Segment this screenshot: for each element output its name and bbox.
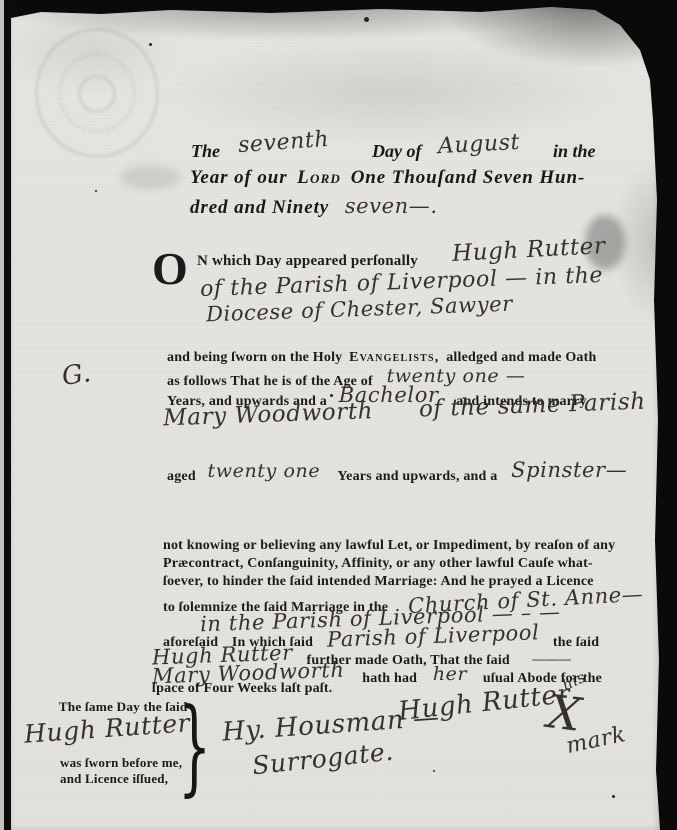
bride-condition-text: Spinster— <box>511 458 627 482</box>
embossed-seal <box>35 28 159 158</box>
hath-had-text: hath had <box>362 671 417 686</box>
margin-note-text: G. <box>60 358 93 392</box>
bride-age-text: twenty one <box>208 460 321 482</box>
attestation-brace: } <box>178 694 211 798</box>
prayed-licence-text: ſoever, to hinder the ſaid intended Marr… <box>163 574 594 589</box>
praecontract-text: Præcontract, Conſanguinity, Affinity, or… <box>163 556 593 571</box>
year-word-text: seven—. <box>345 194 438 218</box>
attestation-line2: was ſworn before me, <box>60 755 182 771</box>
ink-speck <box>433 770 435 772</box>
in-the-text: in the <box>553 141 596 161</box>
sworn-holy-text: and being ſworn on the Holy <box>167 350 342 365</box>
lord-text: Lord <box>297 167 341 188</box>
day-of-text: Day of <box>372 141 421 161</box>
margin-clerk-mark: G. <box>60 358 93 392</box>
header-line3: dred and Ninety seven—. <box>190 194 438 219</box>
oath-line1: and being ſworn on the Holy Evangelists,… <box>167 350 596 366</box>
ink-speck <box>95 190 97 192</box>
dropcap-text: O <box>152 243 188 294</box>
aged-text: aged <box>167 469 196 484</box>
brace-glyph: } <box>178 685 211 807</box>
header-line2: Year of our Lord One Thouſand Seven Hun- <box>190 167 585 189</box>
evangelists-text: Evangelists, <box>349 350 439 365</box>
header-day-of: Day of <box>372 141 421 162</box>
year-of-our-text: Year of our <box>190 167 288 188</box>
ninety-text: dred and Ninety <box>190 197 329 218</box>
ink-speck <box>149 43 152 46</box>
allegation-line1: not knowing or believing any lawful Let,… <box>163 538 615 554</box>
alledged-text: alledged and made Oath <box>446 350 596 365</box>
allegation-line2: Præcontract, Conſanguinity, Affinity, or… <box>163 556 593 572</box>
appeared-personally-text: N which Day appeared perſonally <box>197 253 418 269</box>
sworn-before-me-text: was ſworn before me, <box>60 755 182 770</box>
header-month-word: August <box>437 130 520 159</box>
dropcap-O: O <box>152 248 188 289</box>
bride-age-line: aged twenty one Years and upwards, and a… <box>167 461 627 485</box>
header-in-the: in the <box>553 141 596 162</box>
pronoun-her-text: her <box>433 663 467 685</box>
scanned-document-page: G. The seventh Day of August in the Year… <box>0 0 677 830</box>
header-the-text: The <box>191 141 220 161</box>
thousand-text: One Thouſand Seven Hun- <box>351 167 585 188</box>
stain-smudge <box>120 165 180 190</box>
no-impediment-text: not knowing or believing any lawful Let,… <box>163 538 615 553</box>
appearance-line1: N which Day appeared perſonally <box>197 253 418 270</box>
ink-speck <box>364 17 369 22</box>
header-the: The <box>191 141 220 162</box>
ink-speck <box>612 795 615 798</box>
attestation-line3: and Licence iſſued, <box>60 771 168 787</box>
licence-issued-text: and Licence iſſued, <box>60 771 168 786</box>
years-upwards2-text: Years and upwards, and a <box>337 469 497 484</box>
month-word-text: August <box>437 130 520 159</box>
scan-edge-left-line <box>4 0 11 830</box>
